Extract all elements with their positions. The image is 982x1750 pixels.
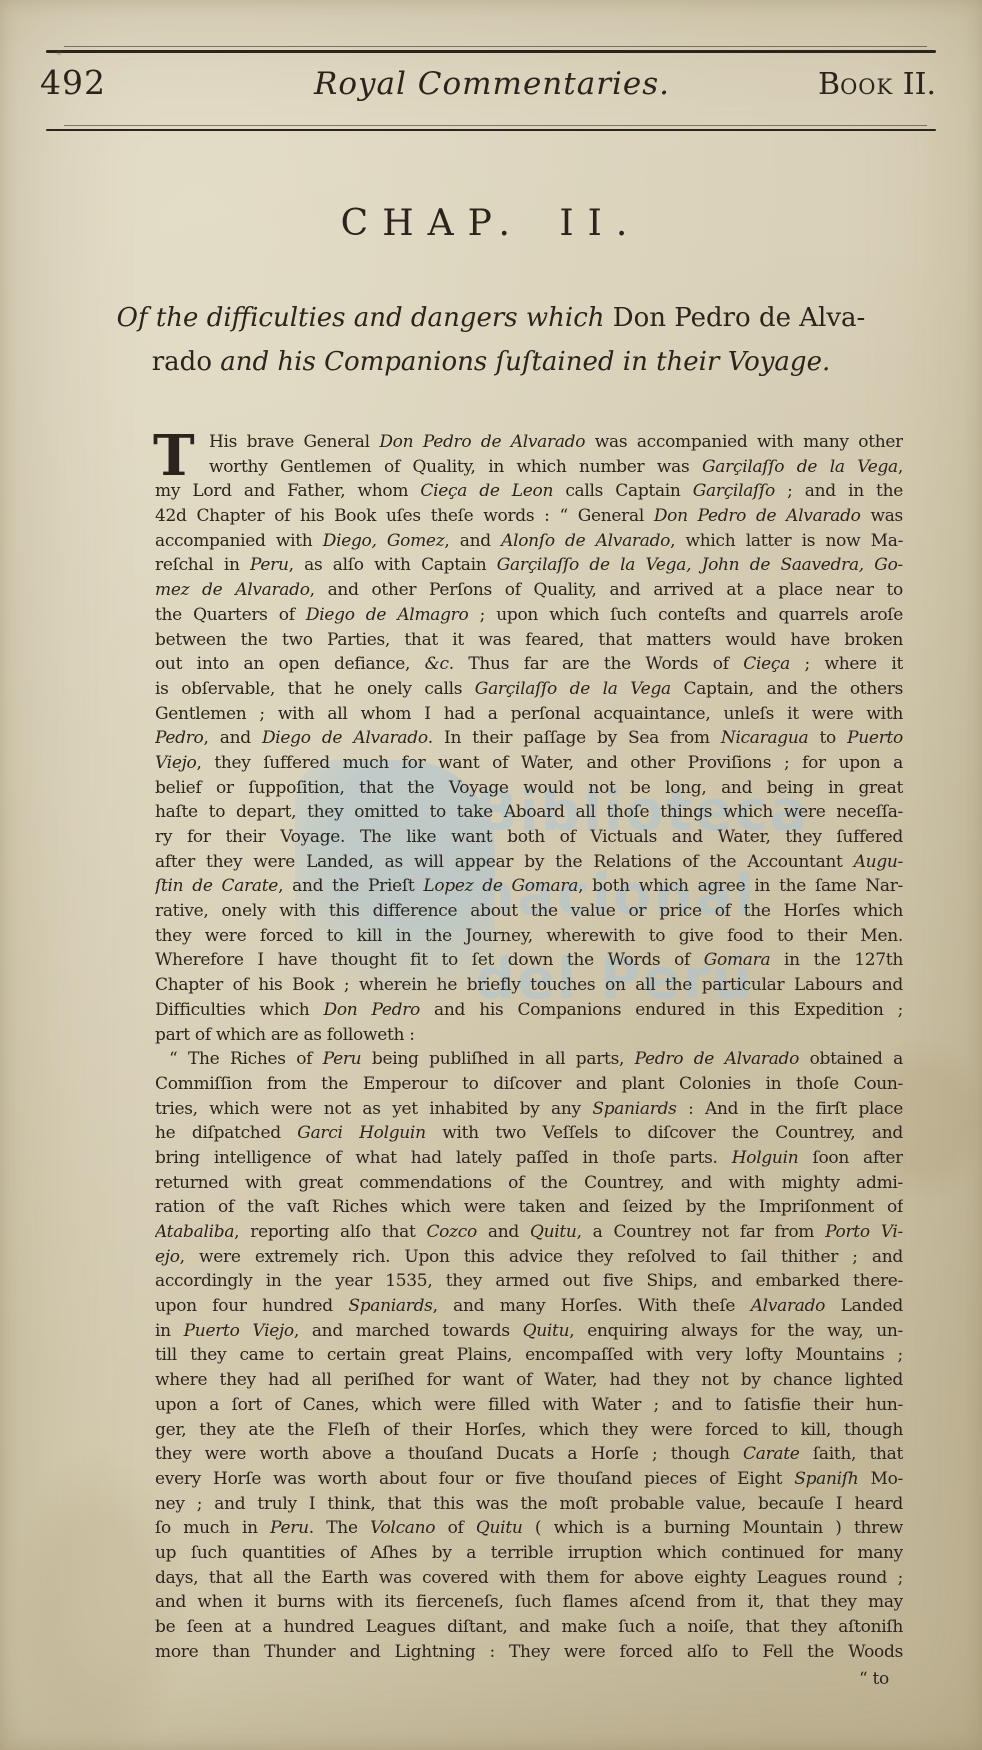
text-run: , and marched towards bbox=[294, 1321, 523, 1341]
text-run: is obſervable, that he onely calls bbox=[155, 679, 475, 699]
text-run: in bbox=[155, 1321, 184, 1341]
text-run: Pedro de Alvarado bbox=[635, 1049, 799, 1069]
text-run: was bbox=[861, 506, 903, 526]
text-line: “every Horſe was worth about four or fiv… bbox=[155, 1467, 903, 1492]
text-run: tries, which were not as yet inhabited b… bbox=[155, 1099, 592, 1119]
text-line: “in Puerto Viejo, and marched towards Qu… bbox=[155, 1319, 903, 1344]
text-run: Diego, Gomez bbox=[323, 531, 445, 551]
text-run: more than Thunder and Lightning : They w… bbox=[155, 1642, 903, 1662]
text-run: Gentlemen ; with all whom I had a perſon… bbox=[155, 704, 903, 724]
text-run: Atabaliba bbox=[155, 1222, 234, 1242]
book-initial: B bbox=[818, 67, 840, 102]
text-line: “the Quarters of Diego de Almagro ; upon… bbox=[155, 603, 903, 628]
text-line: “ger, they ate the Fleſh of their Horſes… bbox=[155, 1418, 903, 1443]
text-line: worthy Gentlemen of Quality, in which nu… bbox=[155, 455, 903, 480]
text-run: Diego de Almagro bbox=[306, 605, 469, 625]
text-run: they were forced to kill in the Journey,… bbox=[155, 926, 903, 946]
chapter-subtitle-line: rado and his Companions ſuſtained in the… bbox=[0, 340, 982, 384]
text-line: “ration of the vaſt Riches which were ta… bbox=[155, 1195, 903, 1220]
text-line: Wherefore I have thought fit to ſet down… bbox=[155, 948, 903, 973]
text-run: mez de Alvarado bbox=[155, 580, 310, 600]
text-run: ry for their Voyage. The like want both … bbox=[155, 827, 903, 847]
text-run: Don Pedro bbox=[324, 1000, 420, 1020]
text-run: calls Captain bbox=[553, 481, 693, 501]
text-line: rative, onely with this difference about… bbox=[155, 899, 903, 924]
text-run: returned with great commendations of the… bbox=[155, 1173, 903, 1193]
text-line: 42d Chapter of his Book uſes theſe words… bbox=[155, 504, 903, 529]
text-run: upon four hundred bbox=[155, 1296, 348, 1316]
text-run: ſaith, that bbox=[800, 1444, 903, 1464]
text-run: Wherefore I have thought fit to ſet down… bbox=[155, 950, 704, 970]
text-line: “Commiſſion from the Emperour to diſcove… bbox=[155, 1072, 903, 1097]
text-run: out into an open defiance, bbox=[155, 654, 425, 674]
text-run: “ The Riches of bbox=[169, 1049, 323, 1069]
text-line: belief or ſuppoſition, that the Voyage w… bbox=[155, 776, 903, 801]
book-label: Book II. bbox=[818, 67, 936, 102]
page-number: 492 bbox=[40, 63, 106, 102]
text-run: Carate bbox=[743, 1444, 800, 1464]
text-line: “returned with great commendations of th… bbox=[155, 1171, 903, 1196]
text-run: , which latter is now Ma- bbox=[670, 531, 903, 551]
text-run: upon a ſort of Canes, which were filled … bbox=[155, 1395, 903, 1415]
text-line: haſte to depart, they omitted to take Ab… bbox=[155, 800, 903, 825]
text-run: Alvarado bbox=[751, 1296, 825, 1316]
text-run: Puerto bbox=[847, 728, 903, 748]
text-run: the Quarters of bbox=[155, 605, 306, 625]
text-run: Peru bbox=[323, 1049, 362, 1069]
text-line: “between the two Parties, that it was fe… bbox=[155, 628, 903, 653]
text-run: , they ſuffered much for want of Water, … bbox=[196, 753, 903, 773]
text-line: Viejo, they ſuffered much for want of Wa… bbox=[155, 751, 903, 776]
text-run: Quitu bbox=[530, 1222, 577, 1242]
chapter-subtitle: Of the difficulties and dangers which Do… bbox=[0, 296, 982, 384]
text-run: , and other Perſons of Quality, and arri… bbox=[310, 580, 903, 600]
text-line: “up ſuch quantities of Aſhes by a terrib… bbox=[155, 1541, 903, 1566]
text-run: Alonſo de Alvarado bbox=[501, 531, 670, 551]
catchword-row: “ to bbox=[155, 1666, 903, 1692]
text-run: Porto Vi- bbox=[825, 1222, 903, 1242]
text-run: Spaniards bbox=[348, 1296, 432, 1316]
text-run: haſte to depart, they omitted to take Ab… bbox=[155, 802, 903, 822]
text-line: part of which are as followeth : bbox=[155, 1023, 903, 1048]
text-line: Gentlemen ; with all whom I had a perſon… bbox=[155, 702, 903, 727]
text-run: ; and in the bbox=[775, 481, 903, 501]
text-run: Quitu bbox=[523, 1321, 570, 1341]
body-text: T His brave General Don Pedro de Alvarad… bbox=[155, 430, 903, 1692]
text-line: “mez de Alvarado, and other Perſons of Q… bbox=[155, 578, 903, 603]
text-run: ſoon after bbox=[798, 1148, 903, 1168]
text-line: my Lord and Father, whom Cieça de Leon c… bbox=[155, 479, 903, 504]
top-rule bbox=[46, 50, 936, 53]
page: Bibliotecanacionaldel Perú 492 Royal Com… bbox=[0, 0, 982, 1750]
text-run: of bbox=[435, 1518, 476, 1538]
text-run: they were worth above a thouſand Ducats … bbox=[155, 1444, 743, 1464]
text-run: , and bbox=[444, 531, 501, 551]
header-rule bbox=[46, 129, 936, 131]
text-run: Puerto Viejo bbox=[184, 1321, 294, 1341]
text-run: Don Pedro de Alva- bbox=[613, 303, 866, 333]
text-run: Viejo bbox=[155, 753, 196, 773]
text-run: Lopez de Gomara bbox=[423, 876, 578, 896]
text-line: “days, that all the Earth was covered wi… bbox=[155, 1566, 903, 1591]
text-run: Peru bbox=[250, 555, 289, 575]
text-run: and his Companions endured in this Exped… bbox=[420, 1000, 903, 1020]
text-run: Garçilaſſo de la Vega bbox=[475, 679, 671, 699]
text-run: Garçilaſſo de la Vega, John de Saavedra,… bbox=[497, 555, 903, 575]
text-run: where they had all periſhed for want of … bbox=[155, 1370, 903, 1390]
text-run: Chapter of his Book ; wherein he briefly… bbox=[155, 975, 903, 995]
text-run: in the 127th bbox=[770, 950, 903, 970]
catchword: “ to bbox=[859, 1669, 889, 1689]
text-line: His brave General Don Pedro de Alvarado … bbox=[155, 430, 903, 455]
text-line: “they were worth above a thouſand Ducats… bbox=[155, 1442, 903, 1467]
text-run: , a Countrey not far from bbox=[577, 1222, 826, 1242]
body-lines: His brave General Don Pedro de Alvarado … bbox=[155, 430, 903, 1664]
text-run: . In their paſſage by Sea from bbox=[428, 728, 721, 748]
text-run: Garci Holguin bbox=[297, 1123, 425, 1143]
text-run: , and many Horſes. With theſe bbox=[433, 1296, 751, 1316]
text-run: days, that all the Earth was covered wit… bbox=[155, 1568, 903, 1588]
text-line: “accordingly in the year 1535, they arme… bbox=[155, 1269, 903, 1294]
text-line: Pedro, and Diego de Alvarado. In their p… bbox=[155, 726, 903, 751]
text-run: Spaniſh bbox=[794, 1469, 858, 1489]
chapter-subtitle-line: Of the difficulties and dangers which Do… bbox=[0, 296, 982, 340]
text-run: reſchal in bbox=[155, 555, 250, 575]
text-run: &c. bbox=[425, 654, 454, 674]
text-run: His brave General bbox=[209, 432, 379, 452]
text-run: with two Veſſels to diſcover the Countre… bbox=[426, 1123, 903, 1143]
text-run: bring intelligence of what had lately pa… bbox=[155, 1148, 732, 1168]
text-run: after they were Landed, as will appear b… bbox=[155, 852, 854, 872]
text-line: “and when it burns with its fierceneſs, … bbox=[155, 1590, 903, 1615]
text-run: Garçilaſſo bbox=[693, 481, 775, 501]
text-run: , enquiring always for the way, un- bbox=[569, 1321, 903, 1341]
text-line: “till they came to certain great Plains,… bbox=[155, 1343, 903, 1368]
text-line: “ney ; and truly I think, that this was … bbox=[155, 1492, 903, 1517]
text-line: Difficulties which Don Pedro and his Com… bbox=[155, 998, 903, 1023]
text-run: and his Companions ſuſtained in their Vo… bbox=[220, 347, 830, 377]
running-title: Royal Commentaries. bbox=[106, 66, 818, 102]
text-line: “tries, which were not as yet inhabited … bbox=[155, 1097, 903, 1122]
text-run: Thus far are the Words of bbox=[454, 654, 743, 674]
text-run: Landed bbox=[825, 1296, 903, 1316]
text-line: “upon a ſort of Canes, which were filled… bbox=[155, 1393, 903, 1418]
running-header: 492 Royal Commentaries. Book II. bbox=[0, 53, 982, 129]
text-run: ration of the vaſt Riches which were tak… bbox=[155, 1197, 903, 1217]
text-run: accordingly in the year 1535, they armed… bbox=[155, 1271, 903, 1291]
text-run: Gomara bbox=[704, 950, 771, 970]
text-run: : And in the firſt place bbox=[677, 1099, 903, 1119]
text-run: and when it burns with its fierceneſs, ſ… bbox=[155, 1592, 903, 1612]
text-line: “ The Riches of Peru being publiſhed in … bbox=[155, 1047, 903, 1072]
text-run: , as alſo with Captain bbox=[289, 555, 497, 575]
book-numeral: II. bbox=[893, 67, 936, 102]
text-run: Pedro bbox=[155, 728, 203, 748]
text-run: 42d Chapter of his Book uſes theſe words… bbox=[155, 506, 654, 526]
text-run: Don Pedro de Alvarado bbox=[379, 432, 585, 452]
text-run: belief or ſuppoſition, that the Voyage w… bbox=[155, 778, 903, 798]
text-run: Commiſſion from the Emperour to diſcover… bbox=[155, 1074, 903, 1094]
text-run: be ſeen at a hundred Leagues diſtant, an… bbox=[155, 1617, 903, 1637]
text-run: Diego de Alvarado bbox=[262, 728, 428, 748]
text-run: ſtin de Carate bbox=[155, 876, 278, 896]
text-run: ; where it bbox=[790, 654, 903, 674]
text-line: “Atabaliba, reporting alſo that Cozco an… bbox=[155, 1220, 903, 1245]
text-run: my Lord and Father, whom bbox=[155, 481, 420, 501]
text-line: “upon four hundred Spaniards, and many H… bbox=[155, 1294, 903, 1319]
text-run: Don Pedro de Alvarado bbox=[654, 506, 861, 526]
text-run: Of the difficulties and dangers which bbox=[117, 303, 613, 333]
text-line: is obſervable, that he onely calls Garçi… bbox=[155, 677, 903, 702]
text-run: was accompanied with many other bbox=[585, 432, 903, 452]
text-run: ſo much in bbox=[155, 1518, 270, 1538]
text-run: between the two Parties, that it was fea… bbox=[155, 630, 903, 650]
text-run: Garçilaſſo de la Vega bbox=[702, 457, 898, 477]
text-line: “be ſeen at a hundred Leagues diſtant, a… bbox=[155, 1615, 903, 1640]
text-line: they were forced to kill in the Journey,… bbox=[155, 924, 903, 949]
text-run: Spaniards bbox=[592, 1099, 676, 1119]
text-run: , and the Prieſt bbox=[278, 876, 423, 896]
text-line: “reſchal in Peru, as alſo with Captain G… bbox=[155, 553, 903, 578]
text-run: Quitu bbox=[476, 1518, 523, 1538]
text-run: part of which are as followeth : bbox=[155, 1025, 415, 1045]
text-run: Difficulties which bbox=[155, 1000, 324, 1020]
text-line: ſtin de Carate, and the Prieſt Lopez de … bbox=[155, 874, 903, 899]
text-line: “ejo, were extremely rich. Upon this adv… bbox=[155, 1245, 903, 1270]
text-run: ( which is a burning Mountain ) threw bbox=[523, 1518, 904, 1538]
text-line: “he diſpatched Garci Holguin with two Ve… bbox=[155, 1121, 903, 1146]
text-run: to bbox=[808, 728, 847, 748]
text-run: being publiſhed in all parts, bbox=[361, 1049, 634, 1069]
text-run: , were extremely rich. Upon this advice … bbox=[180, 1247, 903, 1267]
text-run: every Horſe was worth about four or five… bbox=[155, 1469, 794, 1489]
text-run: and bbox=[477, 1222, 530, 1242]
text-run: accompanied with bbox=[155, 531, 323, 551]
text-line: “where they had all periſhed for want of… bbox=[155, 1368, 903, 1393]
text-run: Cozco bbox=[426, 1222, 476, 1242]
text-run: , and bbox=[203, 728, 261, 748]
text-line: “more than Thunder and Lightning : They … bbox=[155, 1640, 903, 1665]
text-run: Volcano bbox=[370, 1518, 435, 1538]
text-run: he diſpatched bbox=[155, 1123, 297, 1143]
text-run: Nicaragua bbox=[721, 728, 809, 748]
text-run: rative, onely with this difference about… bbox=[155, 901, 903, 921]
text-run: Cieça bbox=[743, 654, 790, 674]
text-run: ney ; and truly I think, that this was t… bbox=[155, 1494, 903, 1514]
text-line: after they were Landed, as will appear b… bbox=[155, 850, 903, 875]
text-line: “out into an open defiance, &c. Thus far… bbox=[155, 652, 903, 677]
chapter-heading: CHAP. II. bbox=[0, 203, 982, 244]
text-line: ry for their Voyage. The like want both … bbox=[155, 825, 903, 850]
book-rest: ook bbox=[840, 67, 893, 102]
text-run: Augu- bbox=[854, 852, 903, 872]
text-run: rado bbox=[152, 347, 221, 377]
text-line: “accompanied with Diego, Gomez, and Alon… bbox=[155, 529, 903, 554]
text-run: ejo bbox=[155, 1247, 180, 1267]
text-line: “bring intelligence of what had lately p… bbox=[155, 1146, 903, 1171]
text-run: Peru bbox=[270, 1518, 309, 1538]
text-run: Mo- bbox=[858, 1469, 903, 1489]
text-line: Chapter of his Book ; wherein he briefly… bbox=[155, 973, 903, 998]
text-run: Captain, and the others bbox=[671, 679, 903, 699]
text-run: up ſuch quantities of Aſhes by a terribl… bbox=[155, 1543, 903, 1563]
text-run: , bbox=[898, 457, 903, 477]
text-run: till they came to certain great Plains, … bbox=[155, 1345, 903, 1365]
text-run: obtained a bbox=[799, 1049, 903, 1069]
text-run: . The bbox=[309, 1518, 370, 1538]
text-run: , reporting alſo that bbox=[234, 1222, 426, 1242]
text-run: worthy Gentlemen of Quality, in which nu… bbox=[209, 457, 702, 477]
text-run: Cieça de Leon bbox=[420, 481, 553, 501]
text-run: , both which agree in the ſame Nar- bbox=[578, 876, 903, 896]
text-run: ; upon which ſuch conteſts and quarrels … bbox=[468, 605, 903, 625]
text-run: ger, they ate the Fleſh of their Horſes,… bbox=[155, 1420, 903, 1440]
text-run: Holguin bbox=[732, 1148, 799, 1168]
text-line: “ſo much in Peru. The Volcano of Quitu (… bbox=[155, 1516, 903, 1541]
